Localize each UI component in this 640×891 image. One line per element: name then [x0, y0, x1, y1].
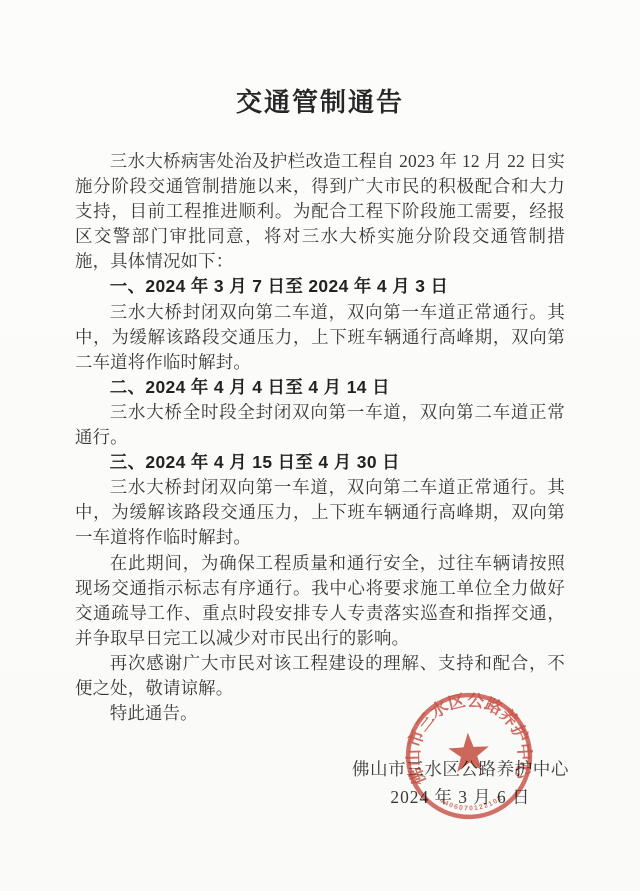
scanned-notice-page: 交通管制通告 三水大桥病害处治及护栏改造工程自 2023 年 12 月 22 日…	[0, 0, 640, 891]
paragraph-phase3: 三水大桥封闭双向第一车道，双向第二车道正常通行。其中，为缓解该路段交通压力，上下…	[75, 475, 565, 550]
section-heading-phase3: 三、2024 年 4 月 15 日至 4 月 30 日	[75, 450, 565, 475]
paragraph-phase2: 三水大桥全时段全封闭双向第一车道，双向第二车道正常通行。	[75, 400, 565, 450]
section-heading-phase1: 一、2024 年 3 月 7 日至 2024 年 4 月 3 日	[75, 274, 565, 299]
paragraph-safety: 在此期间，为确保工程质量和通行安全，过往车辆请按照现场交通指示标志有序通行。我中…	[75, 551, 565, 651]
notice-content: 交通管制通告 三水大桥病害处治及护栏改造工程自 2023 年 12 月 22 日…	[0, 0, 640, 726]
seal-star-icon	[448, 732, 491, 773]
official-seal: 佛山市三水区公路养护中心 4406070122102	[399, 686, 540, 827]
paragraph-phase1: 三水大桥封闭双向第二车道，双向第一车道正常通行。其中，为缓解该路段交通压力，上下…	[75, 300, 565, 375]
page-title: 交通管制通告	[75, 86, 565, 120]
paragraph-intro: 三水大桥病害处治及护栏改造工程自 2023 年 12 月 22 日实施分阶段交通…	[75, 149, 565, 274]
section-heading-phase2: 二、2024 年 4 月 4 日至 4 月 14 日	[75, 375, 565, 400]
